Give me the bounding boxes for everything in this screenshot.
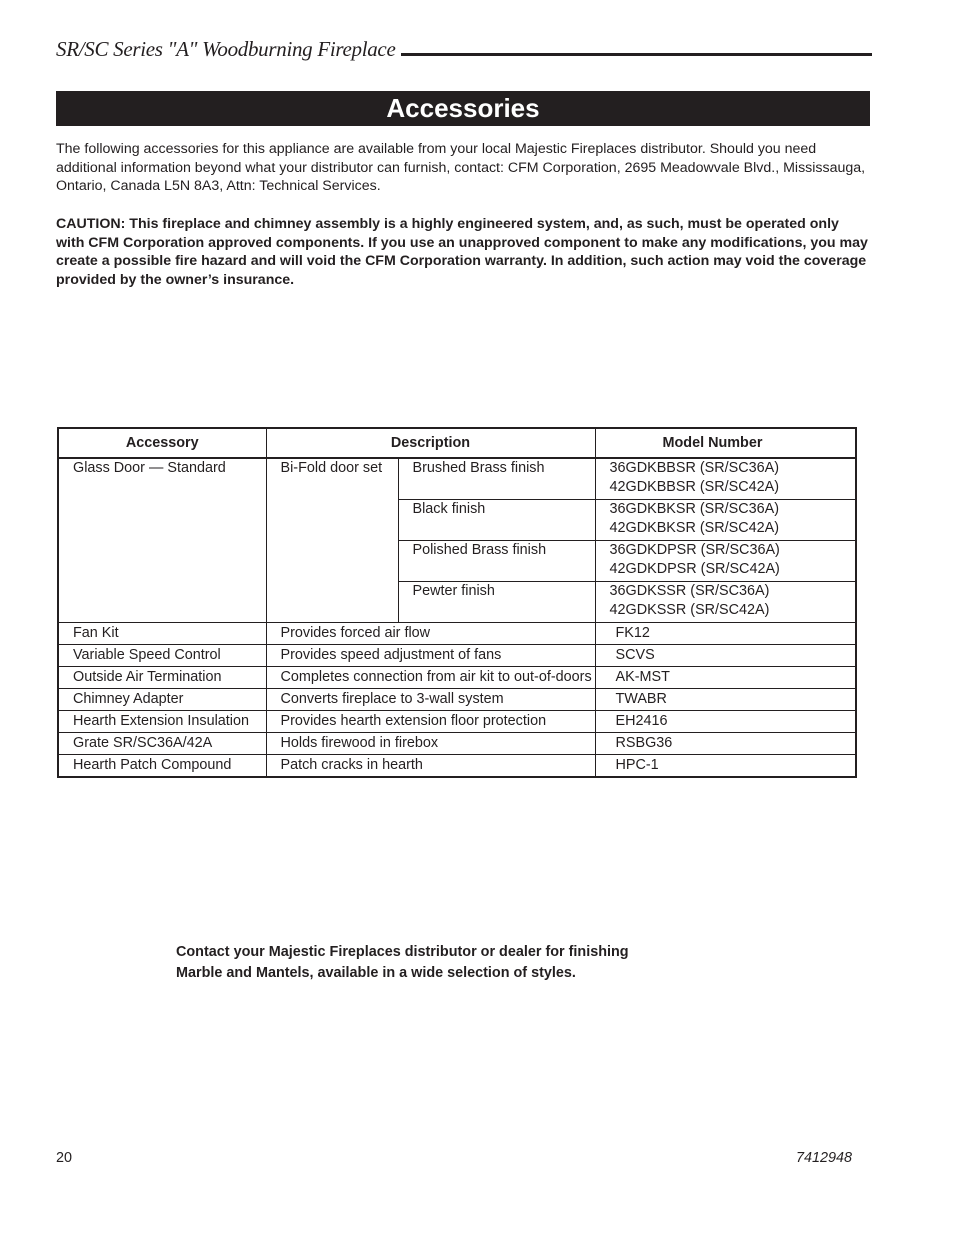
cell-model: 36GDKBBSR (SR/SC36A) 42GDKBBSR (SR/SC42A…	[595, 458, 856, 500]
document-title: SR/SC Series "A" Woodburning Fireplace	[56, 36, 395, 62]
section-title-banner: Accessories	[56, 91, 870, 126]
cell-accessory: Variable Speed Control	[58, 645, 266, 667]
cell-model: SCVS	[595, 645, 856, 667]
cell-description: Patch cracks in hearth	[266, 755, 595, 778]
table-row: Hearth Extension Insulation Provides hea…	[58, 711, 856, 733]
accessories-table: Accessory Description Model Number Glass…	[57, 427, 857, 778]
header-description: Description	[266, 428, 595, 458]
cell-description: Provides hearth extension floor protecti…	[266, 711, 595, 733]
cell-accessory: Hearth Patch Compound	[58, 755, 266, 778]
cell-accessory: Hearth Extension Insulation	[58, 711, 266, 733]
cell-description: Holds firewood in firebox	[266, 733, 595, 755]
cell-model: 36GDKDPSR (SR/SC36A) 42GDKDPSR (SR/SC42A…	[595, 541, 856, 582]
table-row: Grate SR/SC36A/42A Holds firewood in fir…	[58, 733, 856, 755]
cell-model: AK-MST	[595, 667, 856, 689]
cell-accessory: Chimney Adapter	[58, 689, 266, 711]
table-row: Hearth Patch Compound Patch cracks in he…	[58, 755, 856, 778]
cell-finish: Brushed Brass finish	[398, 458, 595, 500]
table-row: Variable Speed Control Provides speed ad…	[58, 645, 856, 667]
model-36: 36GDKBBSR (SR/SC36A)	[610, 459, 856, 478]
page-header: SR/SC Series "A" Woodburning Fireplace	[56, 34, 872, 62]
model-42: 42GDKDPSR (SR/SC42A)	[610, 560, 856, 579]
table-header-row: Accessory Description Model Number	[58, 428, 856, 458]
cell-accessory: Outside Air Termination	[58, 667, 266, 689]
cell-description: Completes connection from air kit to out…	[266, 667, 595, 689]
cell-model: 36GDKSSR (SR/SC36A) 42GDKSSR (SR/SC42A)	[595, 582, 856, 623]
header-model-number: Model Number	[595, 428, 856, 458]
cell-model: TWABR	[595, 689, 856, 711]
header-rule	[401, 53, 872, 56]
cell-model: HPC-1	[595, 755, 856, 778]
cell-finish: Black finish	[398, 500, 595, 541]
cell-model: EH2416	[595, 711, 856, 733]
note-line-2: Marble and Mantels, available in a wide …	[176, 963, 629, 984]
table-row: Outside Air Termination Completes connec…	[58, 667, 856, 689]
model-36: 36GDKDPSR (SR/SC36A)	[610, 541, 856, 560]
cell-finish: Pewter finish	[398, 582, 595, 623]
cell-description: Converts fireplace to 3-wall system	[266, 689, 595, 711]
caution-paragraph: CAUTION: This fireplace and chimney asse…	[56, 215, 871, 289]
intro-paragraph: The following accessories for this appli…	[56, 140, 871, 196]
cell-accessory: Grate SR/SC36A/42A	[58, 733, 266, 755]
cell-description: Provides speed adjustment of fans	[266, 645, 595, 667]
document-number: 7412948	[796, 1150, 852, 1166]
table-row: Glass Door — Standard Bi-Fold door set B…	[58, 458, 856, 500]
model-36: 36GDKSSR (SR/SC36A)	[610, 582, 856, 601]
cell-model: FK12	[595, 623, 856, 645]
table-row: Chimney Adapter Converts fireplace to 3-…	[58, 689, 856, 711]
cell-accessory: Glass Door — Standard	[58, 458, 266, 623]
page-number: 20	[56, 1150, 72, 1166]
cell-accessory: Fan Kit	[58, 623, 266, 645]
model-36: 36GDKBKSR (SR/SC36A)	[610, 500, 856, 519]
note-line-1: Contact your Majestic Fireplaces distrib…	[176, 942, 629, 963]
model-42: 42GDKBBSR (SR/SC42A)	[610, 478, 856, 497]
cell-model: 36GDKBKSR (SR/SC36A) 42GDKBKSR (SR/SC42A…	[595, 500, 856, 541]
cell-description: Bi-Fold door set	[266, 458, 398, 623]
cell-model: RSBG36	[595, 733, 856, 755]
header-accessory: Accessory	[58, 428, 266, 458]
cell-description: Provides forced air flow	[266, 623, 595, 645]
cell-finish: Polished Brass finish	[398, 541, 595, 582]
model-42: 42GDKSSR (SR/SC42A)	[610, 601, 856, 620]
table-row: Fan Kit Provides forced air flow FK12	[58, 623, 856, 645]
model-42: 42GDKBKSR (SR/SC42A)	[610, 519, 856, 538]
dealer-contact-note: Contact your Majestic Fireplaces distrib…	[176, 942, 629, 984]
